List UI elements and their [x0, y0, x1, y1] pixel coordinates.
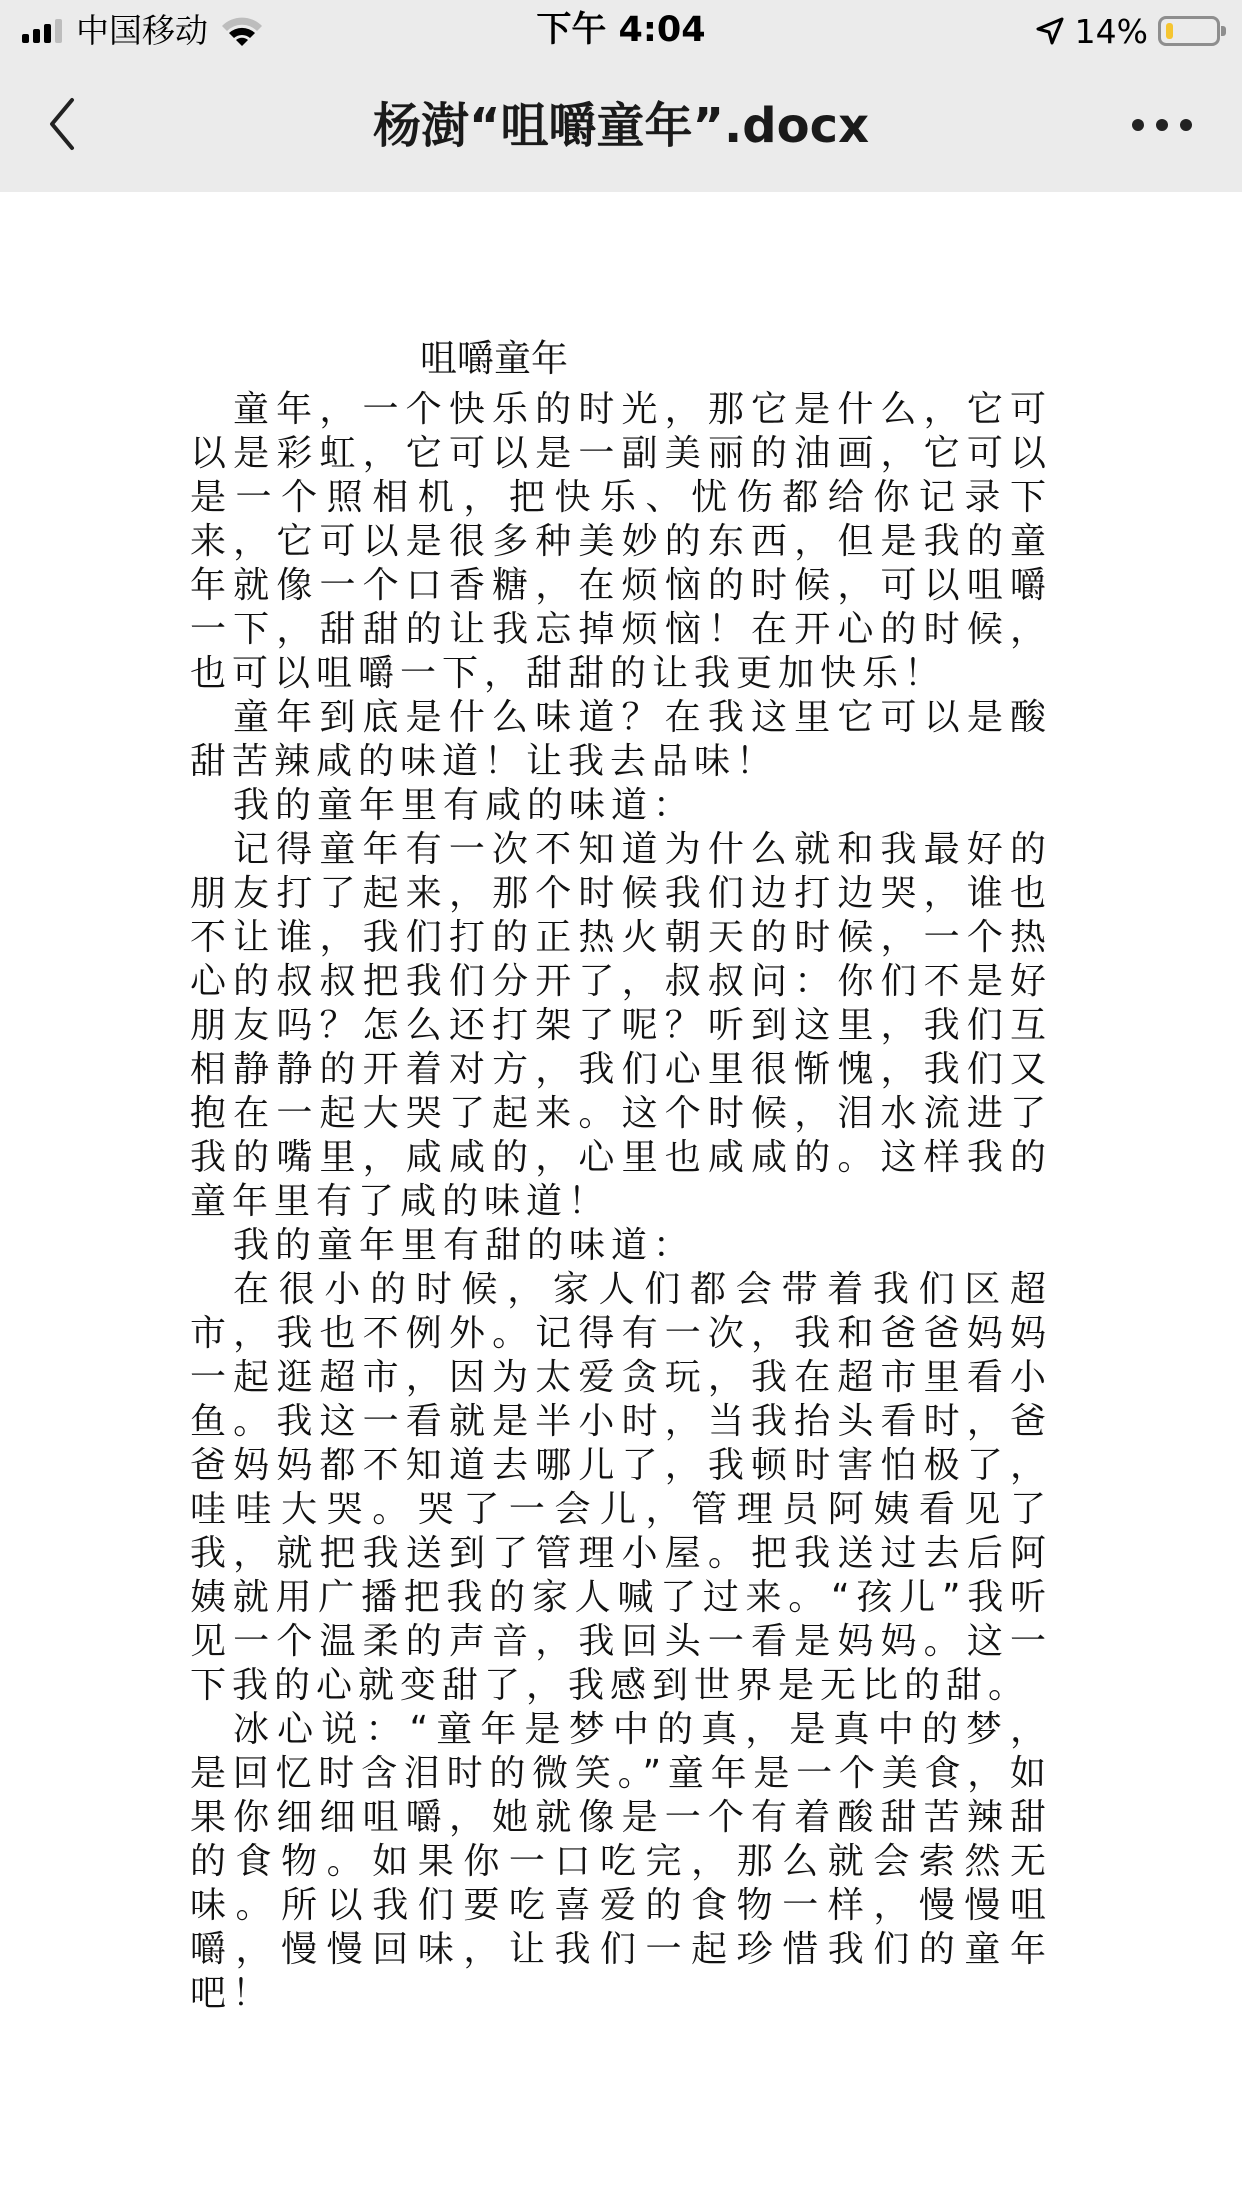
- battery-percent: 14%: [1075, 12, 1148, 51]
- paragraph-sweet-story: 在很小的时候，家人们都会带着我们区超市，我也不例外。记得有一次，我和爸爸妈妈一起…: [190, 1268, 1052, 1708]
- status-bar: 中国移动 下午 4:04 14%: [0, 0, 1242, 62]
- nav-bar: 杨澍“咀嚼童年”.docx: [0, 62, 1242, 192]
- heading-salty: 我的童年里有咸的味道：: [190, 784, 1052, 828]
- status-bar-right: 14%: [1035, 12, 1220, 50]
- heading-sweet: 我的童年里有甜的味道：: [190, 1224, 1052, 1268]
- document-file-name: 杨澍“咀嚼童年”.docx: [0, 96, 1242, 156]
- document-title: 咀嚼童年: [190, 330, 1052, 388]
- more-horizontal-icon[interactable]: [1132, 110, 1192, 140]
- paragraph-intro: 童年，一个快乐的时光，那它是什么，它可以是彩虹，它可以是一副美丽的油画，它可以是…: [190, 388, 1052, 696]
- document-body: 咀嚼童年 童年，一个快乐的时光，那它是什么，它可以是彩虹，它可以是一副美丽的油画…: [190, 330, 1052, 2016]
- location-arrow-icon: [1035, 16, 1065, 46]
- battery-icon: [1158, 16, 1220, 46]
- paragraph-conclusion: 冰心说：“童年是梦中的真，是真中的梦，是回忆时含泪时的微笑。”童年是一个美食，如…: [190, 1708, 1052, 2016]
- paragraph-question: 童年到底是什么味道？在我这里它可以是酸甜苦辣咸的味道！让我去品味！: [190, 696, 1052, 784]
- paragraph-salty-story: 记得童年有一次不知道为什么就和我最好的朋友打了起来，那个时候我们边打边哭，谁也不…: [190, 828, 1052, 1224]
